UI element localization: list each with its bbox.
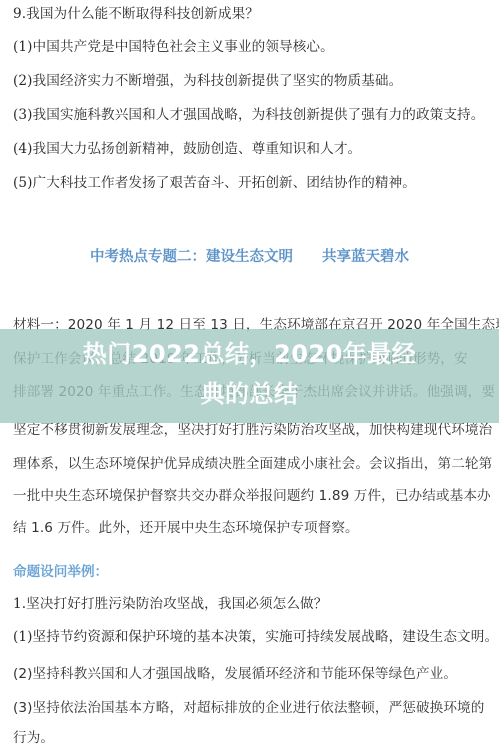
example-answer-2: (2)坚持科教兴国和人才强国战略，发展循环经济和节能环保等绿色产业。 xyxy=(13,665,457,683)
question-examples-label: 命题设问举例： xyxy=(13,560,108,580)
material-line-5: 理体系，以生态环境保护优异成绩决胜全面建成小康社会。会议指出，第二轮第 xyxy=(13,455,492,473)
material-line-4: 坚定不移贯彻新发展理念，坚决打好打胜污染防治攻坚战，加快构建现代环境治 xyxy=(13,421,492,439)
overlay-title-line-2: 典的总结 xyxy=(0,374,499,414)
question-9-answer-3: (3)我国实施科教兴国和人才强国战略，为科技创新提供了强有力的政策支持。 xyxy=(13,106,484,124)
example-question: 1.坚决打好打胜污染防治攻坚战，我国必须怎么做？ xyxy=(13,595,327,613)
material-line-6: 一批中央生态环境保护督察共交办群众举报问题约 1.89 万件，已办结或基本办 xyxy=(13,487,491,505)
question-9-answer-5: (5)广大科技工作者发扬了艰苦奋斗、开拓创新、团结协作的精神。 xyxy=(13,174,416,192)
question-9-title: 9.我国为什么能不断取得科技创新成果？ xyxy=(13,5,259,23)
overlay-title-line-1: 热门2022总结，2020年最经 xyxy=(0,334,499,374)
example-answer-1: (1)坚持节约资源和保护环境的基本决策，实施可持续发展战略，建设生态文明。 xyxy=(13,628,498,646)
topic-heading: 中考热点专题二：建设生态文明 共享蓝天碧水 xyxy=(0,245,499,266)
question-9-answer-1: (1)中国共产党是中国特色社会主义事业的领导核心。 xyxy=(13,38,334,56)
document-page: 9.我国为什么能不断取得科技创新成果？ (1)中国共产党是中国特色社会主义事业的… xyxy=(0,0,499,751)
overlay-title[interactable]: 热门2022总结，2020年最经 典的总结 xyxy=(0,334,499,414)
example-answer-3: (3)坚持依法治国基本方略，对超标排放的企业进行依法整顿，严惩破换环境的 xyxy=(13,699,484,717)
example-answer-3-cont: 行为。 xyxy=(13,729,54,747)
question-9-answer-4: (4)我国大力弘扬创新精神，鼓励创造、尊重知识和人才。 xyxy=(13,140,361,158)
material-line-7: 结 1.6 万件。此外，还开展中央生态环境保护专项督察。 xyxy=(13,519,359,537)
question-9-answer-2: (2)我国经济实力不断增强，为科技创新提供了坚实的物质基础。 xyxy=(13,72,402,90)
